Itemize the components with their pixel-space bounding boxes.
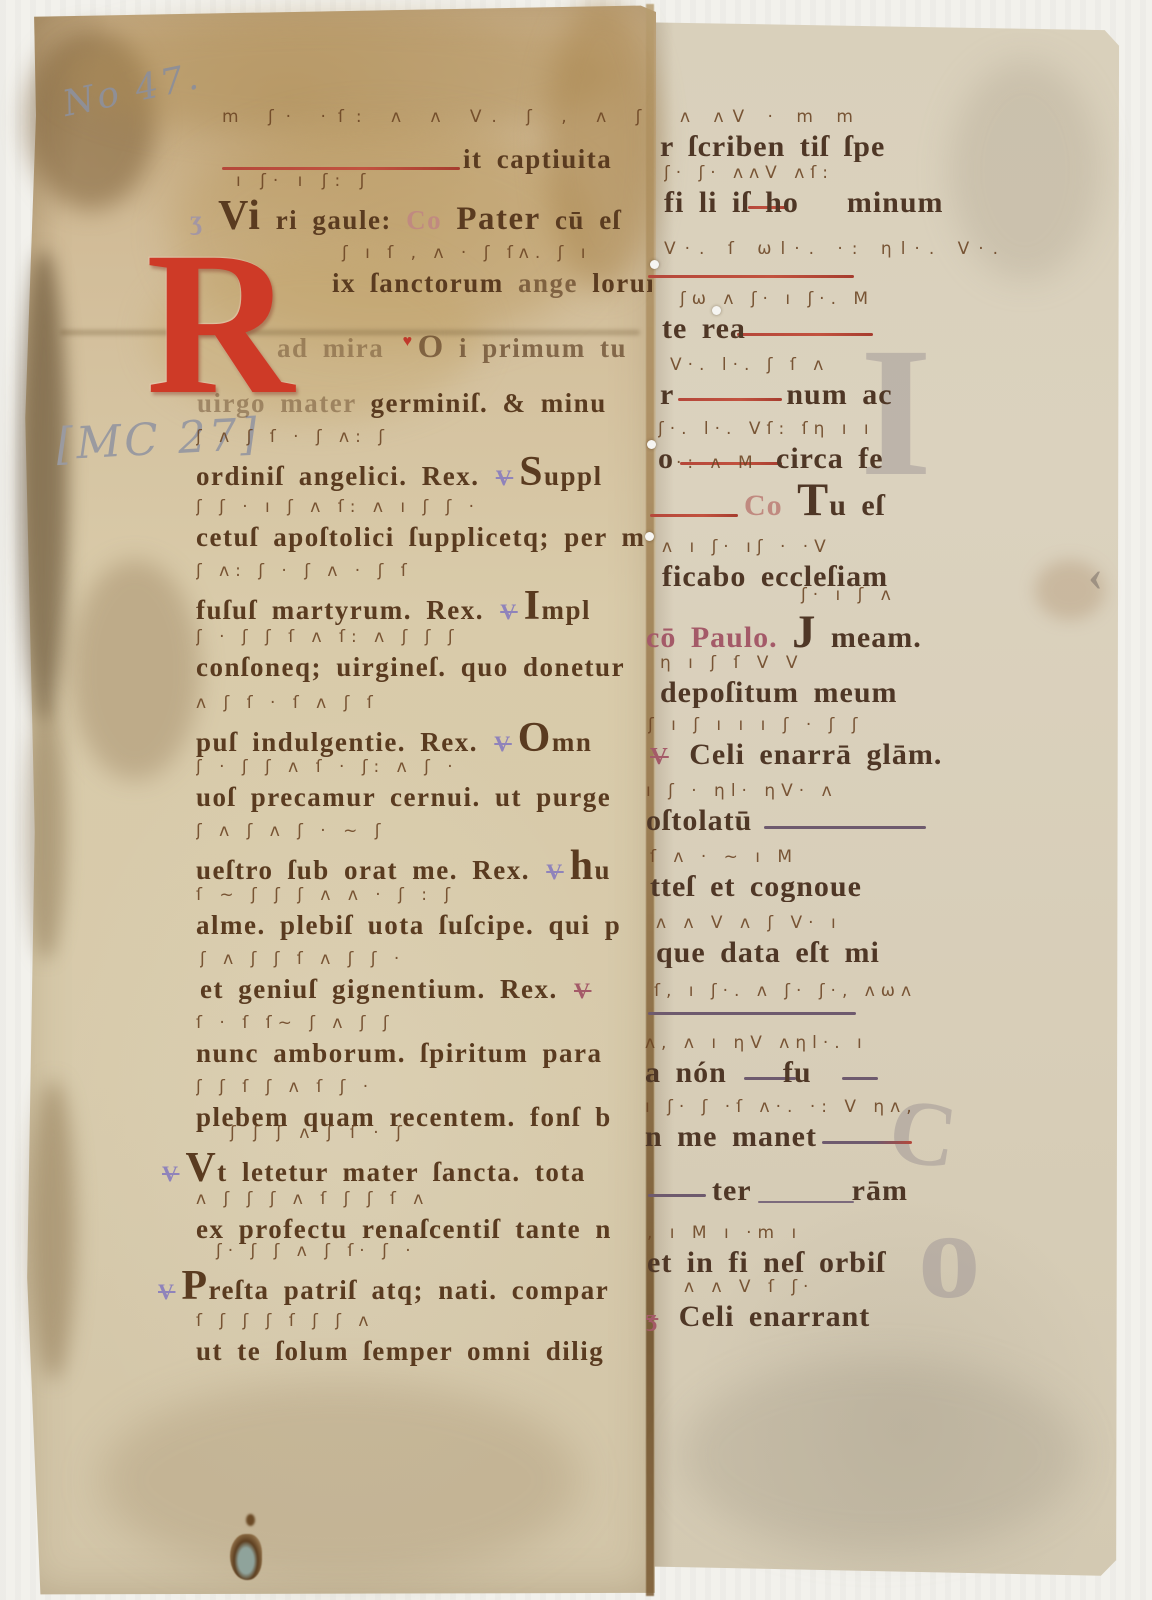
rubric-text: cō Paulo. [646, 621, 792, 654]
text-line: terrām [712, 1176, 1112, 1206]
versicle-mark: V [546, 857, 563, 887]
neumes: ʃ·. l·. Vſ: ſη ı ı [658, 418, 1110, 440]
neumes: ı ʃ· ı ʃ: ʃ [236, 170, 652, 192]
chant-text: o [658, 442, 674, 474]
ornament-flourish: ʒ [190, 205, 204, 235]
text-line: η ı ʃ ſ V V depoſitum meum [660, 652, 1110, 708]
neumes: ʃ· ʃ ʃ ʌ ʃ ſ· ʃ · [216, 1240, 653, 1262]
neumes: ʃ ʃ ʃ ʌ ʃ ſ · ʃ [230, 1122, 653, 1144]
text-line: ʃ ʌ: ʃ · ʃ ʌ · ʃ ſ fuſuſ martyrum. Rex. … [196, 560, 653, 628]
neumes: ʌ ʌV · m m [680, 106, 1110, 128]
rubric-mark: ♥ [403, 332, 414, 350]
text-line: ʌ ʌ V ʌ ʃ V· ı que data eſt mi [656, 912, 1110, 968]
chant-text: que data eſt mi [656, 938, 1110, 968]
chant-text: ut te ſolum ſemper omni dilig [196, 1336, 653, 1366]
chant-text: ix ſanctorum [332, 268, 518, 298]
text-line: ʌ, ʌ ı ηV ʌηl·. ı a nónfu [645, 1032, 1110, 1088]
neumes: ſ ʃ ʃ ʃ ſ ʃ ʃ ʌ [196, 1310, 653, 1332]
chant-text: u eſ [829, 489, 885, 522]
text-line: ʃ· ı ʃ ʌ cō Paulo. J meam. [646, 584, 1112, 657]
neumes: ʃ· ʃ· ʌʌV ʌſ: [664, 162, 1110, 184]
text-line: , ı M ı ·m ı et in fi neſ orbiſ [647, 1222, 1110, 1278]
text-line: ʃ · ʃ ʃ ʌ ſ · ʃ: ʌ ʃ · uoſ precamur cern… [196, 756, 653, 812]
text-line: ı ʃ · ηl· ηV· ʌ oſtolatū [646, 780, 1110, 836]
text-line: ʃ ʃ ʃ ʌ ʃ ſ · ʃ VVt letetur mater ſancta… [160, 1122, 653, 1190]
text-line: uirgo mater germiniſ. & minu [197, 388, 653, 418]
parchment-stain [100, 1380, 580, 1580]
neumes: ʃ · ʃ ʃ ʌ ſ · ʃ: ʌ ʃ · [196, 756, 653, 778]
neumes: ʌ ʌ V ʌ ʃ V· ı [656, 912, 1110, 934]
chant-text: cū eſ [541, 205, 622, 235]
initial-letter: Vi [218, 193, 261, 238]
chant-text: puſ indulgentie. Rex. [196, 727, 492, 757]
neumes: ʃ ʃ · ı ʃ ʌ ſ: ʌ ı ʃ ʃ · [196, 496, 653, 518]
chant-text: r [660, 378, 674, 410]
chant-text: oſtolatū [646, 806, 1110, 836]
text-line: ʃ ʌ ʃ ʃ ſ ʌ ʃ ʃ · et geniuſ gignentium. … [200, 948, 653, 1006]
parchment-stain [680, 1360, 1080, 1550]
staff-line [648, 1194, 706, 1197]
text-line: ſ ʌ · ~ ı M tteſ et cognoue [650, 846, 1110, 902]
initial-letter: h [570, 843, 595, 888]
chant-text: Pater [456, 201, 540, 237]
chant-text: germiniſ. & minu [370, 388, 606, 418]
neumes: ſ, ı ʃ·. ʌ ʃ· ʃ·, ʌωʌ [654, 980, 1074, 1002]
neumes: m ʃ· ·ſ: ʌ ʌ V. ʃ , ʌ ʃ , M [222, 106, 652, 128]
neumes: ʌ ʌ V ſ ʃ· [684, 1276, 1110, 1298]
neumes: ʃω ʌ ʃ· ı ʃ·. M [680, 288, 1112, 310]
chant-text: te rea [662, 314, 1112, 344]
chant-text: mpl [542, 595, 592, 625]
chant-text: uppl [544, 461, 603, 491]
versicle-mark: V [162, 1159, 179, 1189]
parchment-hole [230, 1534, 262, 1580]
neumes: ʌ ʃ ʃ ʃ ʌ ſ ʃ ʃ ſ ʌ [196, 1188, 653, 1210]
neumes: ʃ · ʃ ʃ ſ ʌ ſ: ʌ ʃ ʃ ʃ [196, 626, 653, 648]
versicle-mark: V [574, 976, 591, 1006]
chant-text: et in fi neſ orbiſ [647, 1248, 1110, 1278]
chant-text: rām [852, 1176, 908, 1206]
parchment-stain [30, 1080, 76, 1380]
initial-letter: S [519, 449, 544, 494]
text-line: ʌ ʃ ʃ ʃ ʌ ſ ʃ ʃ ſ ʌ ex profectu renaſcen… [196, 1188, 653, 1244]
versicle-mark: V [650, 742, 669, 772]
initial-letter: T [797, 478, 829, 525]
chant-text: u [594, 855, 611, 885]
neume-row: V·. ſ ωl·. ·: ηl·. V·. [664, 238, 1104, 264]
text-line: V·. l·. ʃ ſ ʌ rnum ac [660, 354, 1110, 410]
text-line: ʃ ʃ · ı ʃ ʌ ſ: ʌ ı ʃ ʃ · cetuſ apoſtolic… [196, 496, 653, 552]
chant-text: a nón [645, 1056, 727, 1088]
neumes: V·. ſ ωl·. ·: ηl·. V·. [664, 238, 1104, 260]
versicle-mark: V [158, 1277, 175, 1307]
neumes: ʃ ı ʃ ı ı ı ʃ · ʃ ʃ [648, 714, 1110, 736]
text-line: ʌ ʃ ſ · ſ ʌ ʃ ſ puſ indulgentie. Rex. VO… [196, 692, 653, 760]
chant-text: uoſ precamur cernui. ut purge [196, 782, 653, 812]
chant-text: minum [847, 186, 944, 218]
chant-text: ri gaule: [261, 205, 406, 235]
initial-letter: J [792, 607, 816, 657]
initial-letter: P [181, 1263, 208, 1308]
initial-letter: V [185, 1145, 217, 1190]
chant-text: num ac [786, 378, 892, 410]
chant-text: ange [518, 268, 578, 298]
chant-text: t letetur mater ſancta. tota [217, 1157, 586, 1187]
chant-text: i primum tu [445, 333, 627, 363]
neumes: ſ ~ ʃ ʃ ʃ ʌ ʌ · ʃ : ʃ [196, 884, 653, 906]
neume-row: m ʃ· ·ſ: ʌ ʌ V. ʃ , ʌ ʃ , M [222, 106, 652, 132]
chant-text: depoſitum meum [660, 678, 1110, 708]
staff-line [650, 514, 738, 517]
neumes: V·. l·. ʃ ſ ʌ [670, 354, 1110, 376]
text-line: ʌ ʌV · m m r ſcriben tiſ ſpe [660, 106, 1110, 162]
text-line: ʃ ʌ ʃ ſ · ʃ ʌ: ʃ ordiniſ angelici. Rex. … [196, 426, 653, 494]
neumes: ʃ ʌ ʃ ʌ ʃ · ~ ʃ [196, 820, 653, 842]
neumes: ʌ ı ʃ· ıʃ · ·V [662, 536, 1112, 558]
chant-text: conſoneq; uirgineſ. quo donetur [196, 652, 653, 682]
versicle-mark: V [494, 729, 511, 759]
parchment-stain [26, 700, 66, 960]
rubric-abbreviation: Co [744, 489, 783, 522]
text-line: ſ ʃ ʃ ʃ ſ ʃ ʃ ʌ ut te ſolum ſemper omni … [196, 1310, 653, 1366]
chant-text: tteſ et cognoue [650, 872, 1110, 902]
neumes: ı ʃ · ηl· ηV· ʌ [646, 780, 1110, 802]
text-line: ı ʃ· ʃ ·ſ ʌ·. ·: V ηʌ, n me manet [645, 1096, 1110, 1152]
neume-row: ſ, ı ʃ·. ʌ ʃ· ʃ·, ʌωʌ [654, 980, 1074, 1006]
text-line: ʃω ʌ ʃ· ı ʃ·. M te rea [662, 288, 1112, 344]
chant-text: Celi enarrant [664, 1300, 870, 1333]
text-line: ʃ· ʃ ʃ ʌ ʃ ſ· ʃ · VPreſta patriſ atq; na… [156, 1240, 653, 1308]
neumes: ʌ ʃ ſ · ſ ʌ ʃ ſ [196, 692, 653, 714]
chant-text: ordiniſ angelici. Rex. [196, 461, 494, 491]
versicle-mark: V [500, 597, 517, 627]
text-line: ſ · ſ ſ~ ʃ ʌ ʃ ʃ nunc amborum. ſpiritum … [196, 1012, 653, 1068]
text-line: ʃ · ʃ ʃ ſ ʌ ſ: ʌ ʃ ʃ ʃ conſoneq; uirgine… [196, 626, 653, 682]
neumes: ʃ ı ſ , ʌ · ʃ ſʌ. ʃ ı [342, 242, 652, 264]
parchment-stain [70, 560, 200, 780]
staff-line [648, 275, 854, 278]
chant-text: alme. plebiſ uota ſuſcipe. qui p [196, 910, 653, 940]
neumes: ·: ʌ M [676, 452, 876, 474]
neumes: ʃ ʌ: ʃ · ʃ ʌ · ʃ ſ [196, 560, 653, 582]
neumes: η ı ʃ ſ V V [660, 652, 1110, 674]
neumes: ʃ ʌ ʃ ſ · ʃ ʌ: ʃ [196, 426, 653, 448]
staff-line [648, 1012, 856, 1015]
chant-text: meam. [816, 621, 921, 654]
text-line: ʃ· ʃ· ʌʌV ʌſ: fi li iſ hominum [664, 162, 1110, 218]
chant-text: reſta patriſ atq; nati. compar [209, 1275, 610, 1305]
neumes: ſ ʌ · ~ ı M [650, 846, 1110, 868]
chant-text: lorum r [578, 268, 652, 298]
chant-text: ter [712, 1176, 752, 1206]
neume-row: ·: ʌ M [676, 452, 876, 478]
text-line: ʌ ʌ V ſ ʃ· ʒ Celi enarrant [644, 1276, 1110, 1334]
versicle-mark: ʒ [646, 1304, 658, 1334]
text-line: ı ʃ· ı ʃ: ʃ ʒ Vi ri gaule: Co Pater cū e… [190, 170, 652, 238]
text-line: ʃ ı ʃ ı ı ı ʃ · ʃ ʃ V Celi enarrā glām. [648, 714, 1110, 772]
neumes: ʃ ʌ ʃ ʃ ſ ʌ ʃ ʃ · [200, 948, 653, 970]
rust-spot [246, 1514, 255, 1526]
initial-letter: I [524, 583, 542, 628]
text-line: Co Tu eſ [744, 478, 1114, 525]
text-line: ad mira ♥O i primum tu [277, 326, 649, 363]
text-line: ʃ ı ſ , ʌ · ʃ ſʌ. ʃ ı ix ſanctorum ange … [332, 242, 652, 298]
chant-text: ueſtro ſub orat me. Rex. [196, 855, 544, 885]
chant-text: fuſuſ martyrum. Rex. [196, 595, 498, 625]
text-line: ſ ~ ʃ ʃ ʃ ʌ ʌ · ʃ : ʃ alme. plebiſ uota … [196, 884, 653, 940]
chant-text: cetuſ apoſtolici ſupplicetq; per m [196, 522, 653, 552]
chant-text: fi li iſ ho [664, 186, 799, 218]
initial-letter: O [518, 715, 552, 760]
manuscript-photo: No 47. [MC 27] I C o ‹ R m ʃ· ·ſ: ʌ ʌ V.… [0, 0, 1152, 1600]
chant-text: n me manet [645, 1122, 1110, 1152]
initial-letter: O [418, 329, 445, 363]
neumes: ʃ· ı ʃ ʌ [801, 584, 1112, 606]
illuminated-initial-R: R [146, 244, 294, 404]
neumes: , ı M ı ·m ı [647, 1222, 1110, 1244]
chant-text: et geniuſ gignentium. Rex. [200, 974, 572, 1004]
neumes: ʌ, ʌ ı ηV ʌηl·. ı [645, 1032, 1110, 1054]
chant-text: fu [783, 1056, 812, 1088]
chant-text: nunc amborum. ſpiritum para [196, 1038, 653, 1068]
neumes: ı ʃ· ʃ ·ſ ʌ·. ·: V ηʌ, [645, 1096, 1110, 1118]
chant-text: Celi enarrā glām. [675, 738, 943, 771]
rubric-abbreviation: Co [406, 205, 442, 235]
chant-text: mn [552, 727, 593, 757]
neumes: ſ · ſ ſ~ ʃ ʌ ʃ ʃ [196, 1012, 653, 1034]
chant-text: r ſcriben tiſ ſpe [660, 132, 1110, 162]
neumes: ʃ ʃ ſ ʃ ʌ ſ ʃ · [196, 1076, 653, 1098]
parchment-stain [20, 250, 68, 720]
text-line: ʃ ʌ ʃ ʌ ʃ · ~ ʃ ueſtro ſub orat me. Rex.… [196, 820, 653, 888]
chant-text: ad mira [277, 333, 399, 363]
chant-text: uirgo mater [197, 388, 370, 418]
versicle-mark: V [496, 463, 513, 493]
